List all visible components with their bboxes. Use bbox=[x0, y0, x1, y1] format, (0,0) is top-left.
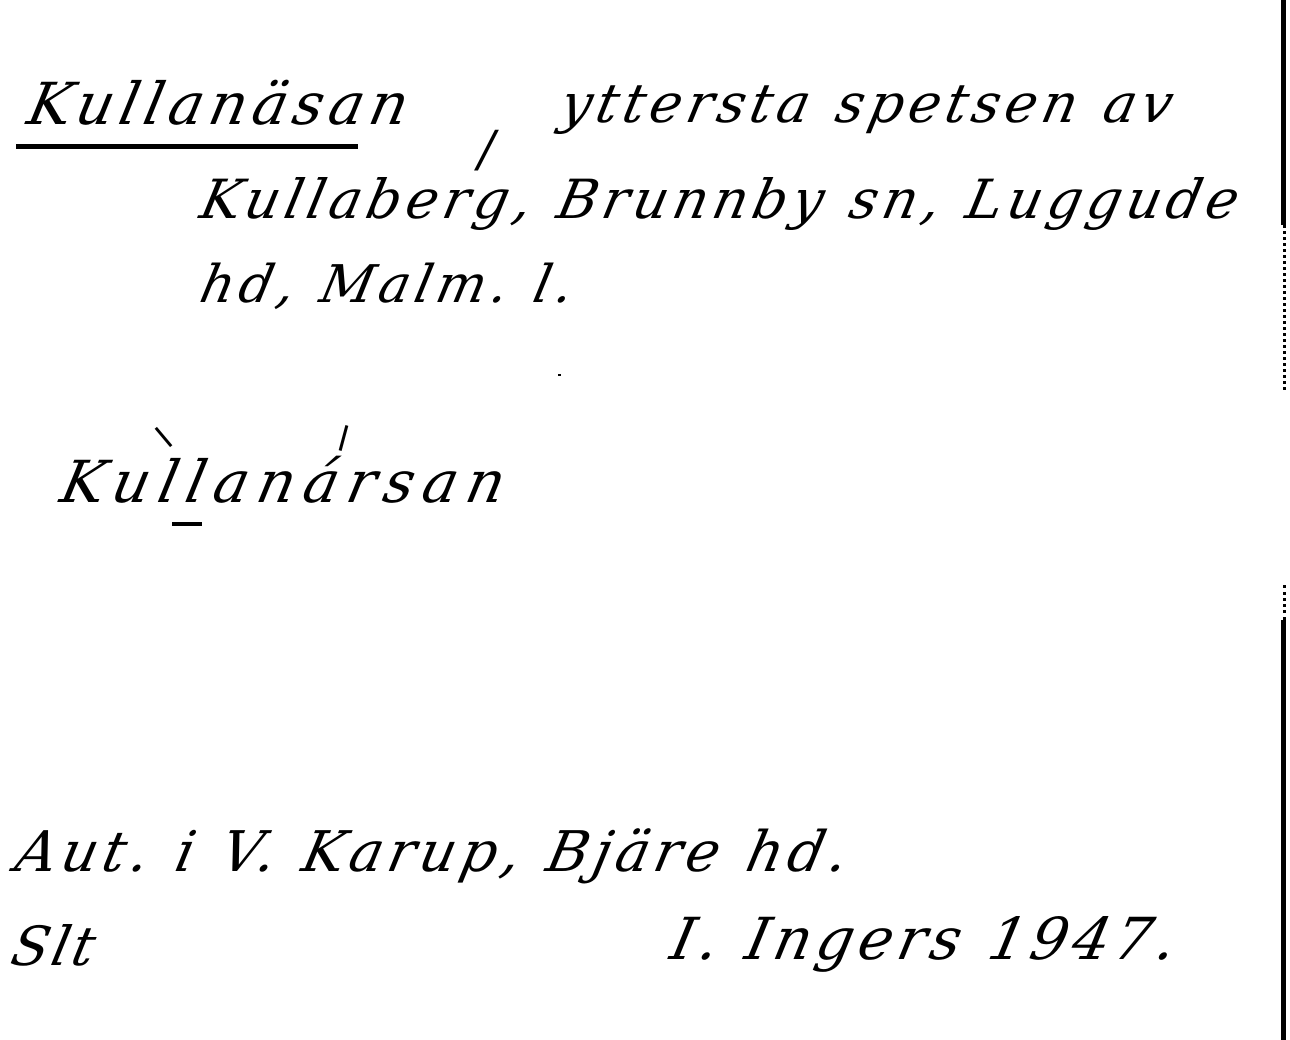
recorder-line: I. Ingers 1947. bbox=[665, 905, 1188, 973]
card-edge-border-faint bbox=[1283, 225, 1289, 390]
index-card: Kullanäsan / ytterstа spetsen av Kullabe… bbox=[0, 0, 1290, 1040]
informant-line: Aut. i V. Karup, Bjäre hd. bbox=[10, 820, 859, 885]
recorder-initials: Slt bbox=[6, 915, 104, 978]
card-edge-border bbox=[1281, 620, 1286, 1040]
description-line-1: ytterstа spetsen av bbox=[555, 72, 1184, 135]
stress-underline bbox=[172, 522, 202, 526]
card-edge-border bbox=[1281, 0, 1286, 225]
card-edge-border-faint bbox=[1283, 585, 1289, 620]
phonetic-form: Kullanársan bbox=[55, 448, 521, 516]
headword-underline bbox=[16, 144, 358, 149]
description-line-2: Kullaberg, Brunnby sn, Luggude bbox=[195, 168, 1250, 231]
ink-speck bbox=[558, 374, 561, 376]
headword: Kullanäsan bbox=[22, 70, 421, 138]
description-line-3: hd, Malm. l. bbox=[195, 255, 584, 315]
grave-accent-mark bbox=[155, 427, 173, 447]
